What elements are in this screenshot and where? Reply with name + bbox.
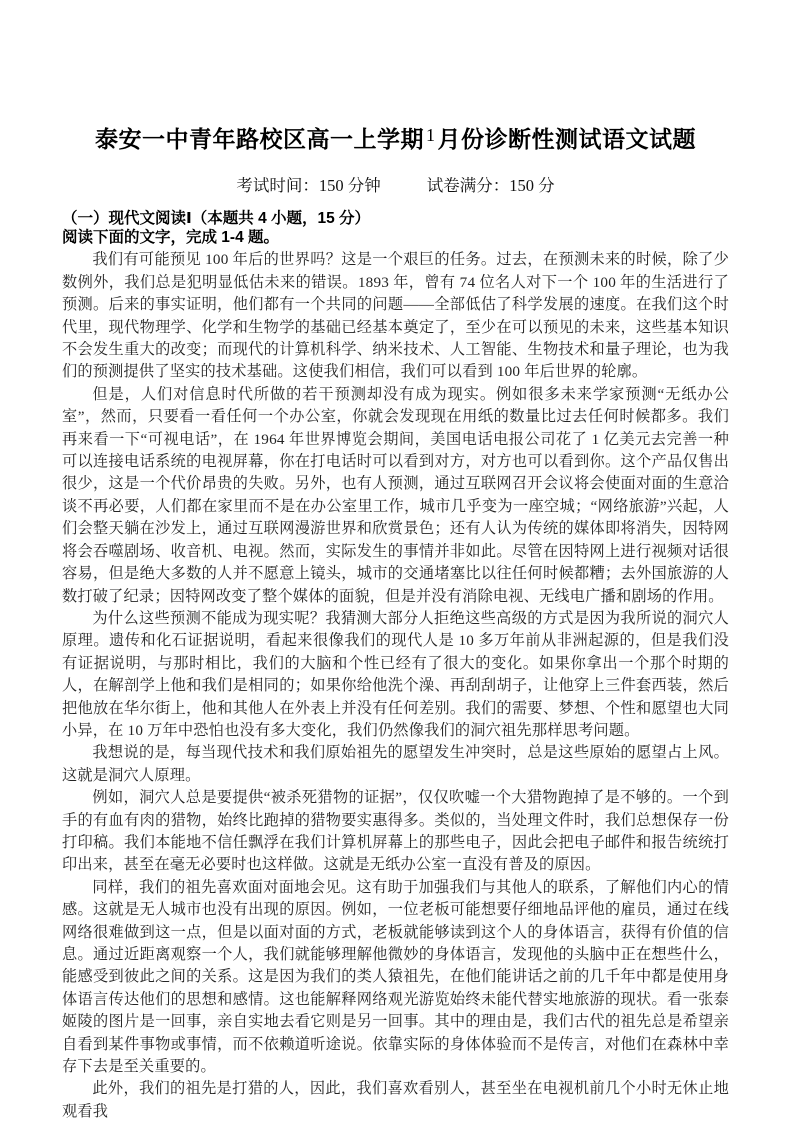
exam-duration-label: 考试时间：150 分钟 [236,176,380,195]
reading-passage: 我们有可能预见 100 年后的世界吗？这是一个艰巨的任务。过去，在预测未来的时候… [62,249,729,1122]
passage-paragraph: 我想说的是，每当现代技术和我们原始祖先的愿望发生冲突时，总是这些原始的愿望占上风… [62,742,729,787]
exam-meta-line: 考试时间：150 分钟试卷满分：150 分 [62,176,729,196]
passage-paragraph: 但是，人们对信息时代所做的若干预测却没有成为现实。例如很多未来学家预测“无纸办公… [62,384,729,608]
passage-paragraph: 为什么这些预测不能成为现实呢？我猜测大部分人拒绝这些高级的方式是因为我所说的洞穴… [62,608,729,742]
page-title: 泰安一中青年路校区高一上学期1月份诊断性测试语文试题 [62,121,729,153]
title-suffix: 月份诊断性测试语文试题 [438,126,697,152]
test-paper-page: 泰安一中青年路校区高一上学期1月份诊断性测试语文试题 考试时间：150 分钟试卷… [0,0,793,1122]
reading-instruction: 阅读下面的文字，完成 1-4 题。 [62,228,729,247]
passage-paragraph: 例如，洞穴人总是要提供“被杀死猎物的证据”，仅仅吹嘘一个大猎物跑掉了是不够的。一… [62,787,729,877]
section-heading: （一）现代文阅读Ⅰ（本题共 4 小题，15 分） [62,209,729,228]
passage-paragraph: 此外，我们的祖先是打猎的人，因此，我们喜欢看别人，甚至坐在电视机前几个小时无休止… [62,1078,729,1122]
passage-paragraph: 我们有可能预见 100 年后的世界吗？这是一个艰巨的任务。过去，在预测未来的时候… [62,249,729,383]
exam-score-label: 试卷满分：150 分 [427,176,555,195]
title-prefix: 泰安一中青年路校区高一上学期 [95,126,424,152]
title-superscript-number: 1 [424,125,438,145]
passage-paragraph: 同样，我们的祖先喜欢面对面地会见。这有助于加强我们与其他人的联系，了解他们内心的… [62,877,729,1079]
